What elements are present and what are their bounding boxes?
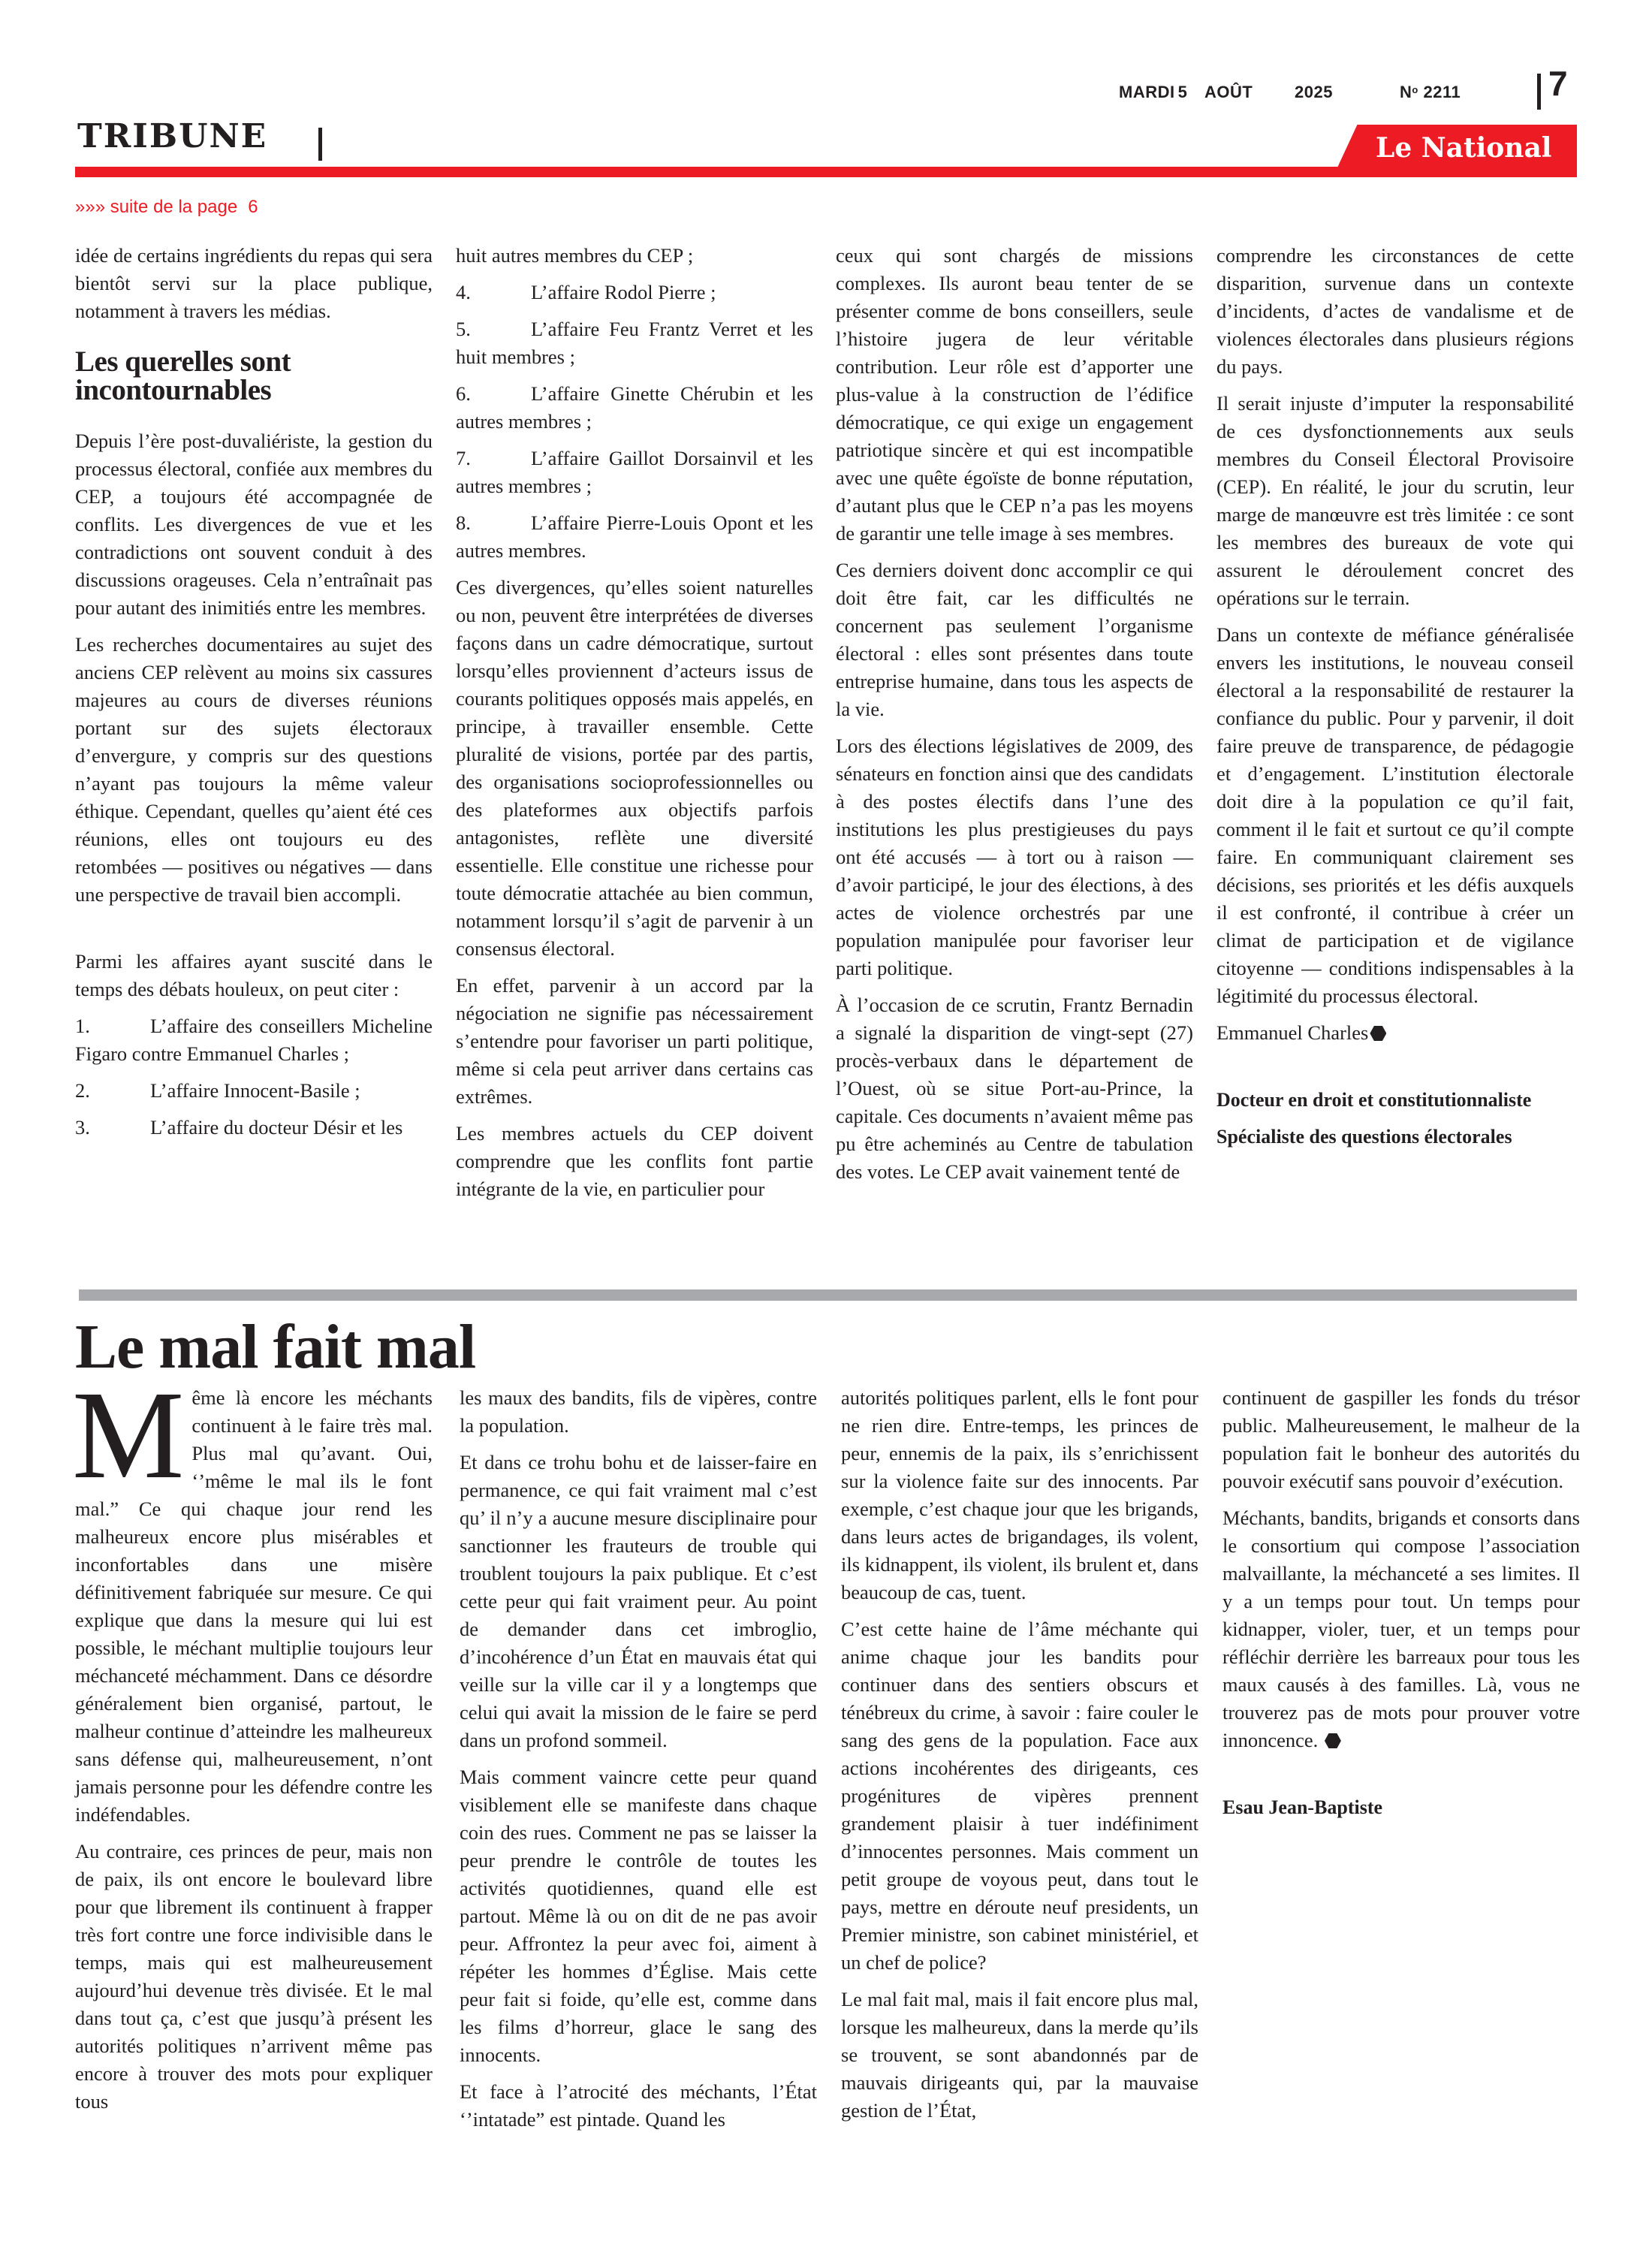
end-of-article-icon bbox=[1325, 1733, 1341, 1748]
paragraph: Depuis l’ère post-duvaliériste, la gesti… bbox=[75, 427, 433, 622]
article1-column-4: comprendre les circonstances de cette di… bbox=[1216, 242, 1574, 1160]
paragraph: À l’occasion de ce scrutin, Frantz Berna… bbox=[836, 991, 1193, 1186]
author-credential: Docteur en droit et constitutionnaliste bbox=[1216, 1086, 1574, 1114]
paragraph: continuent de gaspiller les fonds du tré… bbox=[1222, 1384, 1580, 1495]
paragraph: Lors des élections législatives de 2009,… bbox=[836, 732, 1193, 982]
spacer bbox=[75, 918, 433, 948]
paragraph: Et face à l’atrocité des méchants, l’Éta… bbox=[460, 2078, 817, 2134]
paragraph: Même là encore les méchants continuent à… bbox=[75, 1384, 433, 1829]
drop-cap: M bbox=[72, 1387, 184, 1483]
paragraph: comprendre les circonstances de cette di… bbox=[1216, 242, 1574, 381]
list-item: 3.L’affaire du docteur Désir et les bbox=[75, 1114, 433, 1142]
paragraph: huit autres membres du CEP ; bbox=[456, 242, 813, 270]
paragraph: Mais comment vaincre cette peur quand vi… bbox=[460, 1763, 817, 2069]
list-item: 1.L’affaire des conseillers Micheline Fi… bbox=[75, 1012, 433, 1068]
issue-day: MARDI bbox=[1119, 83, 1171, 102]
subheading: Les querelles sont incontournables bbox=[75, 348, 433, 405]
continued-page: 6 bbox=[248, 197, 258, 217]
issue-month: AOÛT bbox=[1204, 83, 1265, 102]
article2-column-3: autorités politiques parlent, ells le fo… bbox=[841, 1384, 1198, 2134]
paragraph: ceux qui sont chargés de missions comple… bbox=[836, 242, 1193, 547]
paragraph: autorités politiques parlent, ells le fo… bbox=[841, 1384, 1198, 1606]
list-item: 2.L’affaire Innocent-Basile ; bbox=[75, 1077, 433, 1105]
paragraph: idée de certains ingrédients du repas qu… bbox=[75, 242, 433, 325]
paragraph: Il serait injuste d’imputer la responsab… bbox=[1216, 390, 1574, 612]
article2-column-2: les maux des bandits, fils de vipères, c… bbox=[460, 1384, 817, 2143]
article1-column-2: huit autres membres du CEP ; 4.L’affaire… bbox=[456, 242, 813, 1212]
paragraph: Au contraire, ces princes de peur, mais … bbox=[75, 1838, 433, 2116]
paragraph: les maux des bandits, fils de vipères, c… bbox=[460, 1384, 817, 1440]
section-divider bbox=[318, 128, 322, 161]
paragraph: Dans un contexte de méfiance généralisée… bbox=[1216, 621, 1574, 1010]
issue-meta: MARDI 5 AOÛT 2025 No 2211 bbox=[1119, 83, 1461, 102]
paragraph: Les membres actuels du CEP doivent compr… bbox=[456, 1120, 813, 1203]
continued-from-link[interactable]: »»» suite de la page6 bbox=[75, 197, 258, 218]
article2-column-1: Même là encore les méchants continuent à… bbox=[75, 1384, 433, 2125]
spacer bbox=[1216, 1056, 1574, 1086]
issue-number: No 2211 bbox=[1400, 83, 1461, 102]
article2-column-4: continuent de gaspiller les fonds du tré… bbox=[1222, 1384, 1580, 1830]
list-item: 8.L’affaire Pierre-Louis Opont et les au… bbox=[456, 509, 813, 565]
paragraph: Les recherches documentaires au sujet de… bbox=[75, 631, 433, 909]
author-byline: Esau Jean-Baptiste bbox=[1222, 1793, 1580, 1821]
section-title: TRIBUNE bbox=[77, 120, 267, 153]
article1-column-3: ceux qui sont chargés de missions comple… bbox=[836, 242, 1193, 1195]
list-item: 6.L’affaire Ginette Chérubin et les autr… bbox=[456, 380, 813, 436]
article-separator bbox=[79, 1289, 1577, 1301]
continued-label: »»» suite de la page bbox=[75, 197, 237, 217]
issue-date: 5 bbox=[1171, 83, 1194, 102]
list-item: 4.L’affaire Rodol Pierre ; bbox=[456, 279, 813, 306]
author-byline: Emmanuel Charles bbox=[1216, 1019, 1574, 1047]
paragraph: Méchants, bandits, brigands et consorts … bbox=[1222, 1504, 1580, 1754]
paragraph: C’est cette haine de l’âme méchante qui … bbox=[841, 1615, 1198, 1977]
paragraph: Ces divergences, qu’elles soient naturel… bbox=[456, 574, 813, 963]
end-of-article-icon bbox=[1370, 1026, 1386, 1041]
paragraph: Et dans ce trohu bohu et de laisser-fair… bbox=[460, 1449, 817, 1754]
paragraph: En effet, parvenir à un accord par la né… bbox=[456, 972, 813, 1111]
article1-column-1: idée de certains ingrédients du repas qu… bbox=[75, 242, 433, 1151]
paragraph: Le mal fait mal, mais il fait encore plu… bbox=[841, 1986, 1198, 2125]
author-credential: Spécialiste des questions électorales bbox=[1216, 1123, 1574, 1151]
list-item: 7.L’affaire Gaillot Dorsainvil et les au… bbox=[456, 445, 813, 500]
page-number-divider bbox=[1537, 74, 1541, 110]
paragraph: Parmi les affaires ayant suscité dans le… bbox=[75, 948, 433, 1003]
brand-name: Le National bbox=[1376, 132, 1551, 164]
paragraph: Ces derniers doivent donc accomplir ce q… bbox=[836, 556, 1193, 723]
list-item: 5.L’affaire Feu Frantz Verret et les hui… bbox=[456, 315, 813, 371]
spacer bbox=[1222, 1763, 1580, 1793]
issue-year: 2025 bbox=[1295, 83, 1340, 102]
page-number: 7 bbox=[1548, 66, 1568, 101]
